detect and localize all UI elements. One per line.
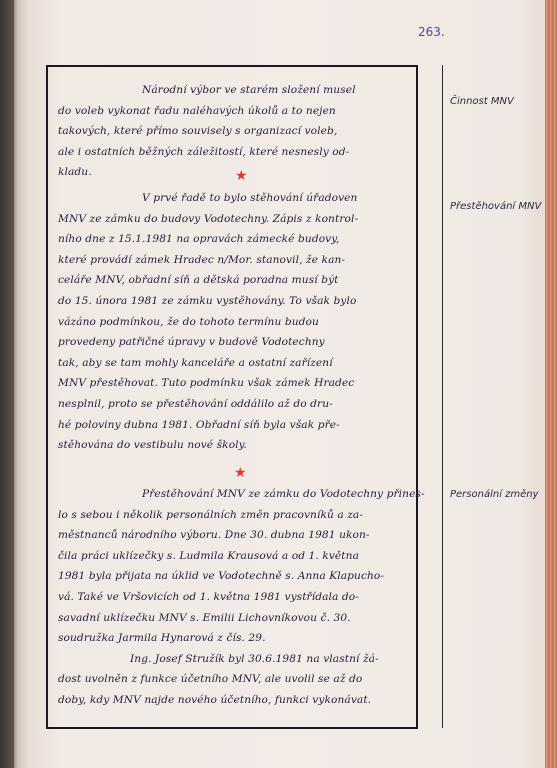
- margin-note-activity: Činnost MNV: [450, 96, 514, 107]
- text-line: doby, kdy MNV najde nového účetního, fun…: [58, 690, 428, 711]
- text-line: tak, aby se tam mohly kanceláře a ostatn…: [58, 353, 428, 374]
- document-page: 263. Národní výbor ve starém složení mus…: [0, 0, 557, 768]
- text-line: čila práci uklízečky s. Ludmila Krausová…: [58, 546, 428, 567]
- text-line: vá. Také ve Vršovicích od 1. května 1981…: [58, 587, 428, 608]
- text-line: ale i ostatních běžných záležitostí, kte…: [58, 142, 428, 163]
- text-line: do voleb vykonat řadu naléhavých úkolů a…: [58, 101, 428, 122]
- text-line: Přestěhování MNV ze zámku do Vodotechny …: [58, 484, 428, 505]
- text-line: dost uvolněn z funkce účetního MNV, ale …: [58, 669, 428, 690]
- text-line: ního dne z 15.1.1981 na opravách zámecké…: [58, 229, 428, 250]
- text-line: Národní výbor ve starém složení musel: [58, 80, 428, 101]
- book-binding: [0, 0, 14, 768]
- text-line: lo s sebou i několik personálních změn p…: [58, 505, 428, 526]
- text-line: nesplnil, proto se přestěhování oddálilo…: [58, 394, 428, 415]
- margin-divider: [442, 65, 443, 728]
- text-line: takových, které přímo souvisely s organi…: [58, 121, 428, 142]
- page-number: 263.: [418, 25, 445, 39]
- star-divider-icon: ★: [234, 466, 247, 480]
- margin-note-relocation: Přestěhování MNV: [450, 201, 541, 212]
- page-edge: [545, 0, 557, 768]
- paragraph-relocation: V prvé řadě to bylo stěhování úřadoven M…: [58, 188, 428, 456]
- text-line: hé poloviny dubna 1981. Obřadní síň byla…: [58, 415, 428, 436]
- text-line: 1981 byla přijata na úklid ve Vodotechně…: [58, 566, 428, 587]
- text-line: soudružka Jarmila Hynarová z čís. 29.: [58, 628, 428, 649]
- star-divider-icon: ★: [235, 169, 248, 183]
- text-line: MNV přestěhovat. Tuto podmínku však záme…: [58, 373, 428, 394]
- text-line: stěhována do vestibulu nové školy.: [58, 435, 428, 456]
- text-line: vázáno podmínkou, že do tohoto termínu b…: [58, 312, 428, 333]
- text-line: V prvé řadě to bylo stěhování úřadoven: [58, 188, 428, 209]
- text-line: savadní uklízečku MNV s. Emilii Lichovní…: [58, 608, 428, 629]
- text-line: do 15. února 1981 ze zámku vystěhovány. …: [58, 291, 428, 312]
- text-line: MNV ze zámku do budovy Vodotechny. Zápis…: [58, 209, 428, 230]
- text-line: provedeny patřičné úpravy v budově Vodot…: [58, 332, 428, 353]
- text-line: které provádí zámek Hradec n/Mor. stanov…: [58, 250, 428, 271]
- text-line: Ing. Josef Stružík byl 30.6.1981 na vlas…: [58, 649, 428, 670]
- text-line: městnanců národního výboru. Dne 30. dubn…: [58, 525, 428, 546]
- paragraph-personnel: Přestěhování MNV ze zámku do Vodotechny …: [58, 484, 428, 711]
- margin-note-personnel: Personální změny: [450, 489, 539, 500]
- text-line: celáře MNV, obřadní síň a dětská poradna…: [58, 270, 428, 291]
